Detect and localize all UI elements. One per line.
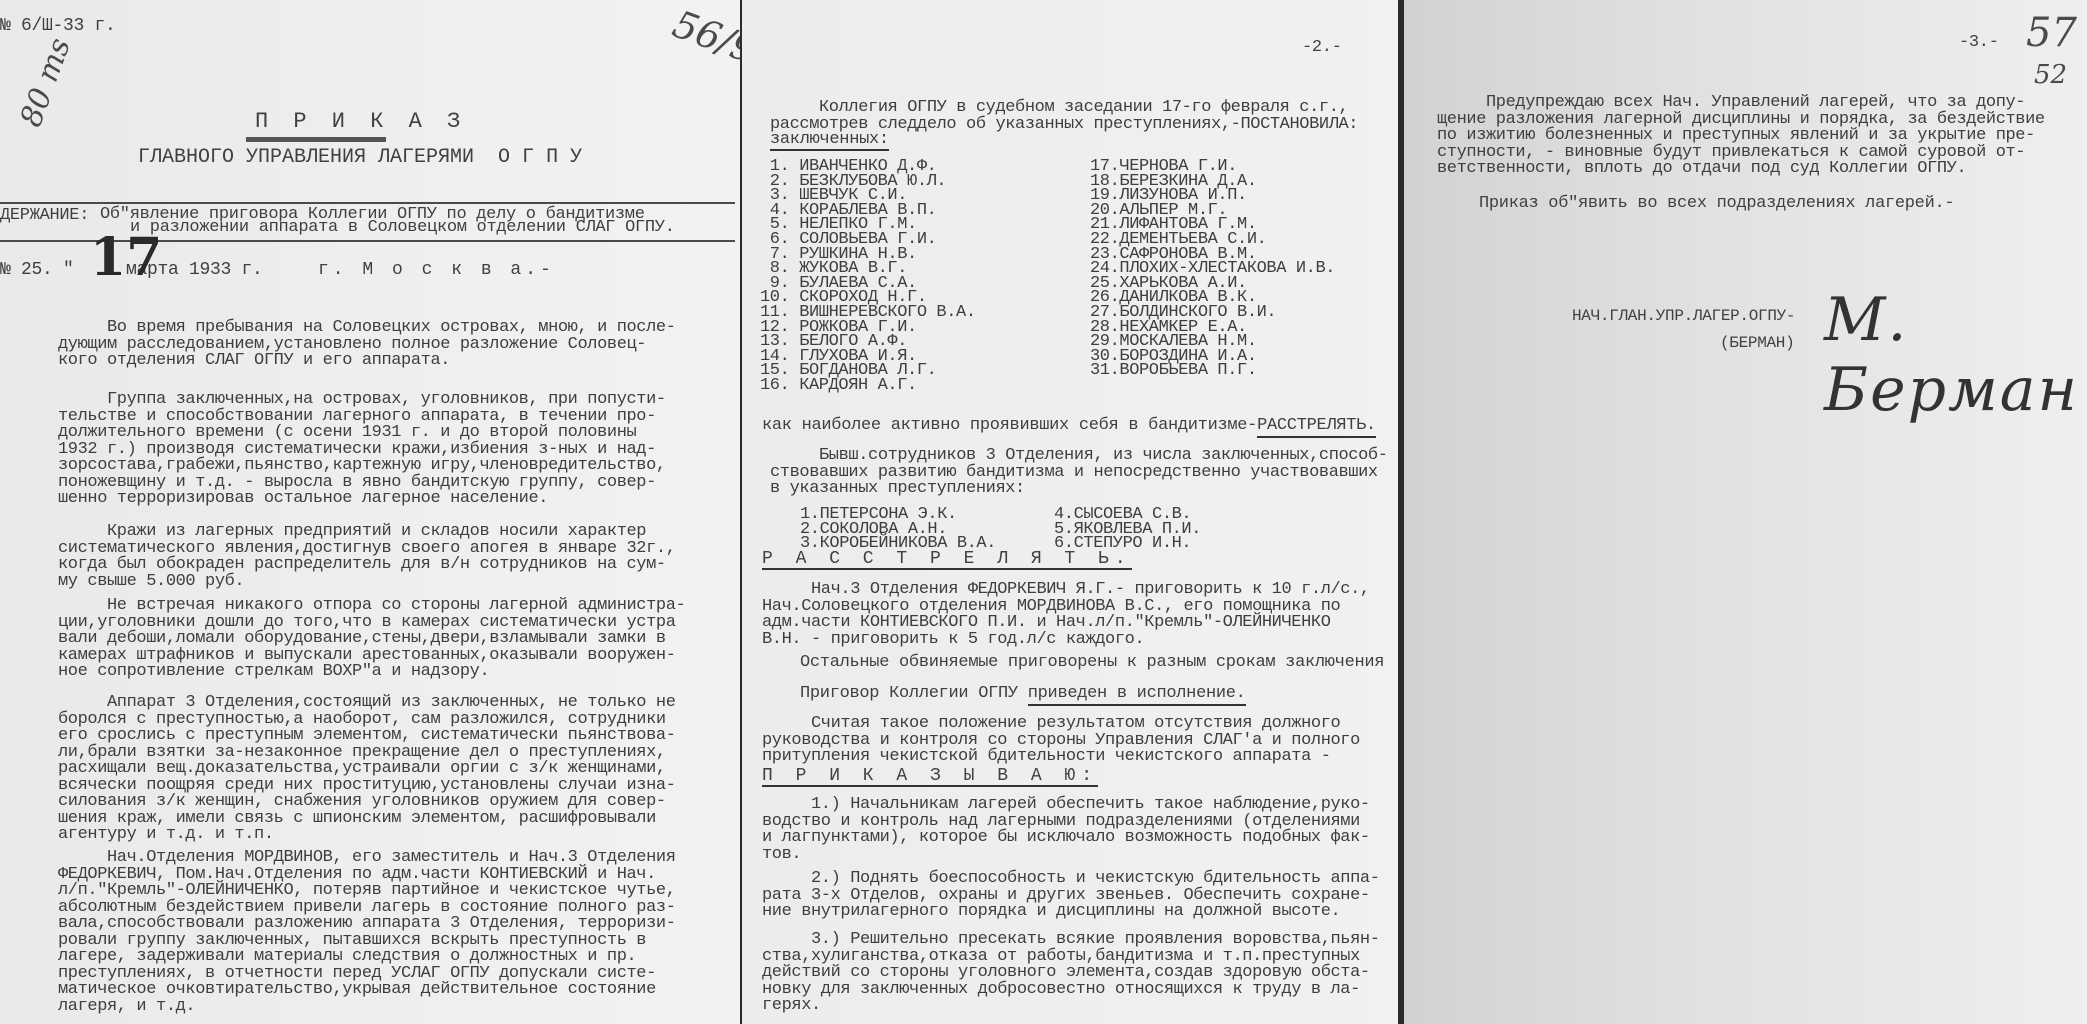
subject-label: ДЕРЖАНИЕ: — [0, 208, 89, 224]
handwritten-day: 17 — [90, 227, 162, 288]
handwritten-folio-number: 57 — [2026, 10, 2077, 56]
text-line: тов. — [762, 847, 1370, 864]
order-heading: П Р И К А З Ы В А Ю: — [762, 768, 1098, 787]
order-city: г. М о с к в а.- — [318, 262, 555, 278]
considering-paragraph: Считая такое положение результатом отсут… — [762, 716, 1360, 766]
announce-line: Приказ об"явить во всех подразделениях л… — [1479, 196, 1954, 212]
verdict-prefix: как наиболее активно проявивших себя в б… — [762, 416, 1257, 435]
order-number: № 6/Ш-33 г. — [0, 18, 116, 34]
signatory-name: (БЕРМАН) — [1720, 335, 1794, 351]
document-page-2: -2.- Коллегия ОГПУ в судебном заседании … — [742, 0, 1398, 1024]
sentences-paragraph: Нач.3 Отделения ФЕДОРКЕВИЧ Я.Г.- пригово… — [762, 582, 1370, 648]
document-page-1: № 6/Ш-33 г. 56/9 80 ms П Р И К А З ГЛАВН… — [0, 0, 740, 1024]
order-item-2: 2.) Поднять боеспособность и чекистскую … — [762, 871, 1380, 921]
verdict-execution: РАССТРЕЛЯТЬ. — [1257, 416, 1376, 438]
text-line: ное сопротивление стрелкам ВОХР"а и надз… — [58, 664, 685, 681]
text-line: ние внутрилагерного порядка и дисциплины… — [762, 904, 1380, 921]
paragraph: Во время пребывания на Соловецких остров… — [58, 320, 738, 370]
paragraph: Кражи из лагерных предприятий и складов … — [58, 524, 676, 590]
prisoner-list-column-1: 1. ИВАНЧЕНКО Д.Ф. 2. БЕЗКЛУБОВА Ю.Л. 3. … — [760, 160, 976, 394]
verdict-executed-line: Приговор Коллегии ОГПУ приведен в исполн… — [800, 686, 1246, 702]
text-line: В.Н. - приговорить к 5 год.л/с каждого. — [762, 632, 1370, 649]
verdict-line-1: как наиболее активно проявивших себя в б… — [762, 418, 1376, 434]
text-line: герях. — [762, 998, 1380, 1015]
paragraph: Аппарат 3 Отделения,состоящий из заключе… — [58, 695, 676, 844]
document-title: П Р И К А З — [255, 114, 466, 130]
title-underline — [246, 137, 386, 142]
executed-text: приведен в исполнение. — [1028, 684, 1246, 706]
paragraph: Не встречая никакого отпора со стороны л… — [58, 598, 685, 681]
subject-line-2: и разложении аппарата в Соловецком отдел… — [130, 220, 675, 236]
list-item: 16. КАРДОЯН А.Г. — [760, 379, 976, 394]
text-line: шенно терроризировав остальное лагерное … — [58, 491, 666, 508]
prisoners-label: заключенных: — [770, 132, 889, 151]
paragraph: Группа заключенных,на островах, уголовни… — [58, 392, 666, 508]
list-item: 31.ВОРОБЬЕВА П.Г. — [1090, 364, 1335, 379]
handwritten-signature: М. Берман — [1824, 285, 2087, 425]
employee-list-column-2: 4.СЫСОЕВА С.В.5.ЯКОВЛЕВА П.И.6.СТЕПУРО И… — [1054, 508, 1201, 552]
subject-top-rule — [0, 202, 735, 204]
text-line: ветственности, вплоть до отдачи под суд … — [1437, 161, 2045, 178]
handwritten-margin-note: 80 ms — [14, 33, 78, 131]
page-number: -3.- — [1959, 35, 1999, 51]
verdict-execution-2: Р А С С Т Р Е Л Я Т Ь. — [762, 551, 1132, 570]
text-line: притупления чекистской бдительности чеки… — [762, 749, 1360, 766]
handwritten-folio-number: 56/9 — [667, 2, 740, 73]
text-line: в указанных преступлениях: — [770, 481, 1388, 498]
text-line: новку для заключенных добросовестно отно… — [762, 982, 1380, 999]
text-line: кого отделения СЛАГ ОГПУ и его аппарата. — [58, 353, 738, 370]
paragraph: Нач.Отделения МОРДВИНОВ, его заместитель… — [58, 850, 676, 1015]
issuing-authority: ГЛАВНОГО УПРАВЛЕНИЯ ЛАГЕРЯМИ О Г П У — [138, 150, 582, 166]
employee-list-column-1: 1.ПЕТЕРСОНА Э.К.2.СОКОЛОВА А.Н.3.КОРОБЕЙ… — [800, 508, 996, 552]
text-line: му свыше 5.000 руб. — [58, 574, 676, 591]
handwritten-sheet-number: 52 — [2034, 60, 2067, 90]
text-line: лагеря, и т.д. — [58, 999, 676, 1016]
executed-prefix: Приговор Коллегии ОГПУ — [800, 684, 1028, 703]
order-item-1: 1.) Начальникам лагерей обеспечить такое… — [762, 797, 1370, 863]
prisoner-list-column-2: 17.ЧЕРНОВА Г.И.18.БЕРЕЗКИНА Д.А.19.ЛИЗУН… — [1090, 160, 1335, 379]
signatory-title: НАЧ.ГЛАН.УПР.ЛАГЕР.ОГПУ- — [1572, 308, 1795, 324]
others-sentenced: Остальные обвиняемые приговорены к разны… — [800, 655, 1384, 671]
text-line: агентуру и т.д. и т.п. — [58, 827, 676, 844]
order-item-3: 3.) Решительно пресекать всякие проявлен… — [762, 932, 1380, 1015]
warning-paragraph: Предупреждаю всех Нач. Управлений лагере… — [1437, 95, 2045, 178]
document-page-3: -3.- 57 52 Предупреждаю всех Нач. Управл… — [1404, 0, 2087, 1024]
page-number: -2.- — [1302, 40, 1342, 56]
employees-intro: Бывш.сотрудников 3 Отделения, из числа з… — [770, 448, 1388, 498]
collegium-decision-intro: Коллегия ОГПУ в судебном заседании 17-го… — [770, 100, 1358, 133]
text-line: и лагпунктами), которое бы исключало воз… — [762, 830, 1370, 847]
